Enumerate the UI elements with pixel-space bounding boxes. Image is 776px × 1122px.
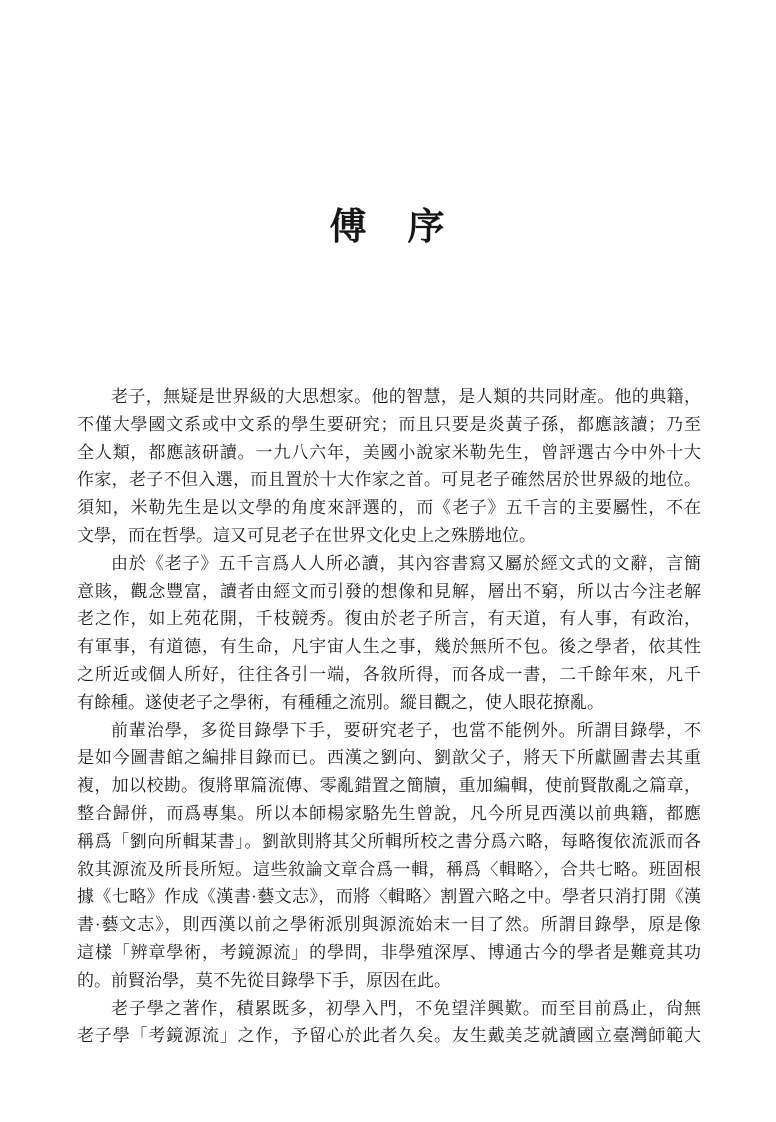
text-line: 有軍事，有道德，有生命，凡宇宙人生之事，幾於無所不包。後之學者，依其性 [77,633,701,661]
text-line: 複，加以校勘。復將單篇流傳、零亂錯置之簡牘，重加編輯，使前賢散亂之篇章， [77,772,701,800]
text-line: 前輩治學，多從目錄學下手，要研究老子，也當不能例外。所謂目錄學，不 [77,717,701,745]
text-line: 老子學「考鏡源流」之作，予留心於此者久矣。友生戴美芝就讀國立臺灣師範大 [77,1022,701,1050]
text-line: 不僅大學國文系或中文系的學生要研究；而且只要是炎黃子孫，都應該讀；乃至 [77,411,701,439]
text-line: 全人類，都應該研讀。一九八六年，美國小說家米勒先生，曾評選古今中外十大 [77,439,701,467]
text-line: 有餘種。遂使老子之學術，有種種之流別。縱目觀之，使人眼花撩亂。 [77,689,701,717]
paragraph: 老子，無疑是世界級的大思想家。他的智慧，是人類的共同財產。他的典籍，不僅大學國文… [77,383,701,550]
paragraph: 前輩治學，多從目錄學下手，要研究老子，也當不能例外。所謂目錄學，不是如今圖書館之… [77,717,701,995]
body-paragraphs: 老子，無疑是世界級的大思想家。他的智慧，是人類的共同財產。他的典籍，不僅大學國文… [77,383,701,1050]
text-line: 稱爲「劉向所輯某書」。劉歆則將其父所輯所校之書分爲六略，每略復依流派而各 [77,828,701,856]
text-line: 老之作，如上苑花開，千枝競秀。復由於老子所言，有天道，有人事，有政治， [77,605,701,633]
text-line: 老子學之著作，積累既多，初學入門，不免望洋興歎。而至目前爲止，尙無 [77,995,701,1023]
paragraph: 由於《老子》五千言爲人人所必讀，其內容書寫又屬於經文式的文辭，言簡意賅，觀念豐富… [77,550,701,717]
text-line: 是如今圖書館之編排目錄而已。西漢之劉向、劉歆父子，將天下所獻圖書去其重 [77,744,701,772]
text-line: 書·藝文志》，則西漢以前之學術派別與源流始末一目了然。所謂目錄學，原是像 [77,911,701,939]
text-line: 文學，而在哲學。這又可見老子在世界文化史上之殊勝地位。 [77,522,701,550]
page-title: 傅 序 [0,196,776,250]
text-line: 由於《老子》五千言爲人人所必讀，其內容書寫又屬於經文式的文辭，言簡 [77,550,701,578]
text-line: 之所近或個人所好，往往各引一端，各敘所得，而各成一書，二千餘年來，凡千 [77,661,701,689]
text-line: 這樣「辨章學術，考鏡源流」的學問，非學殖深厚、博通古今的學者是難竟其功 [77,939,701,967]
text-line: 須知，米勒先生是以文學的角度來評選的，而《老子》五千言的主要屬性，不在 [77,494,701,522]
paragraph: 老子學之著作，積累既多，初學入門，不免望洋興歎。而至目前爲止，尙無老子學「考鏡源… [77,995,701,1051]
book-page: 傅 序 老子，無疑是世界級的大思想家。他的智慧，是人類的共同財產。他的典籍，不僅… [0,0,776,1122]
text-line: 的。前賢治學，莫不先從目錄學下手，原因在此。 [77,967,701,995]
text-line: 據《七略》作成《漢書·藝文志》，而將〈輯略〉割置六略之中。學者只消打開《漢 [77,883,701,911]
text-line: 整合歸併，而爲專集。所以本師楊家駱先生曾說，凡今所見西漢以前典籍，都應 [77,800,701,828]
text-line: 敘其源流及所長所短。這些敘論文章合爲一輯，稱爲〈輯略〉，合共七略。班固根 [77,856,701,884]
text-line: 作家，老子不但入選，而且置於十大作家之首。可見老子確然居於世界級的地位。 [77,466,701,494]
text-line: 意賅，觀念豐富，讀者由經文而引發的想像和見解，層出不窮，所以古今注老解 [77,578,701,606]
text-line: 老子，無疑是世界級的大思想家。他的智慧，是人類的共同財產。他的典籍， [77,383,701,411]
